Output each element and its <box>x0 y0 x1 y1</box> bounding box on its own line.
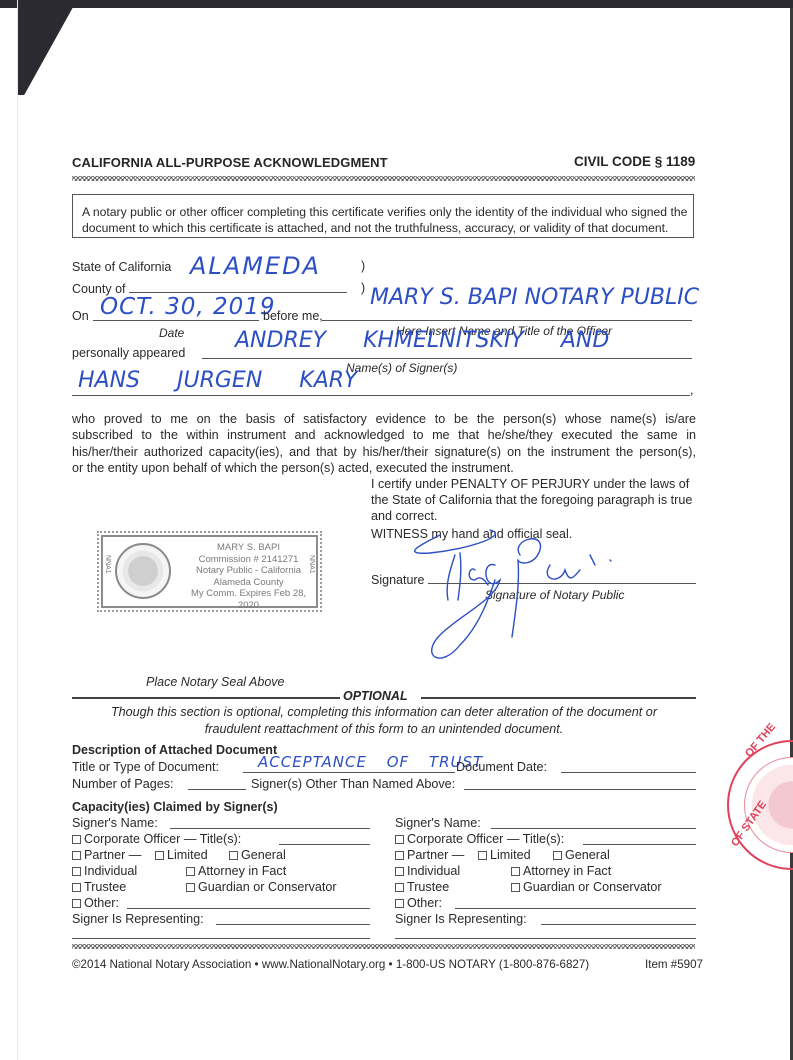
paper-edge <box>17 0 18 1060</box>
notary-seal-stamp: NNA1 MARY S. BAPI Commission # 2141271 N… <box>101 535 318 608</box>
checkbox[interactable] <box>478 851 487 860</box>
checkbox[interactable] <box>155 851 164 860</box>
pages-label: Number of Pages: <box>72 777 174 791</box>
county-paren: ) <box>361 281 365 295</box>
officer-line <box>322 320 692 321</box>
state-seal-icon <box>115 543 171 599</box>
red-seal-text-top: OF THE <box>743 721 778 760</box>
acknowledgment-paragraph: who proved to me on the basis of satisfa… <box>72 411 696 476</box>
on-label: On <box>72 309 89 323</box>
other-option[interactable]: Other: <box>72 896 119 910</box>
notice-line-1: A notary public or other officer complet… <box>82 204 693 220</box>
pages-field[interactable] <box>188 789 246 790</box>
other-option[interactable]: Other: <box>395 896 442 910</box>
seal-side-mark: NNA1 <box>308 555 315 574</box>
checkbox[interactable] <box>395 899 404 908</box>
checkbox[interactable] <box>72 883 81 892</box>
form-title: CALIFORNIA ALL-PURPOSE ACKNOWLEDGMENT <box>72 155 388 170</box>
attorney-option[interactable]: Attorney in Fact <box>186 864 286 878</box>
checkbox[interactable] <box>395 835 404 844</box>
partner-option[interactable]: Partner — <box>395 848 464 862</box>
paragraph-line: or the entity upon behalf of which the p… <box>72 460 696 476</box>
document-date-field[interactable] <box>561 772 696 773</box>
seal-expires: My Comm. Expires Feb 28, 2020 <box>181 588 316 611</box>
checkbox[interactable] <box>72 835 81 844</box>
paragraph-line: who proved to me on the basis of satisfa… <box>72 411 696 427</box>
corporate-officer-option[interactable]: Corporate Officer — Title(s): <box>72 832 241 846</box>
scan-border-top <box>0 0 793 8</box>
title-type-label: Title or Type of Document: <box>72 760 219 774</box>
optional-note: Though this section is optional, complet… <box>72 704 696 737</box>
seal-county: Alameda County <box>181 577 316 589</box>
hatch-divider-bottom <box>72 944 695 949</box>
optional-rule-right <box>421 697 696 699</box>
other-signers-field[interactable] <box>464 789 696 790</box>
notary-signature[interactable] <box>400 525 640 670</box>
officer-title-field[interactable] <box>279 844 370 845</box>
county-field[interactable]: ALAMEDA <box>190 252 321 280</box>
seal-text: MARY S. BAPI Commission # 2141271 Notary… <box>181 542 316 611</box>
seal-side-mark: NNA1 <box>104 555 111 574</box>
optional-note-line-1: Though this section is optional, complet… <box>72 704 696 721</box>
title-type-line <box>243 772 455 773</box>
hatch-divider-top <box>72 176 695 181</box>
limited-option[interactable]: Limited <box>478 848 531 862</box>
checkbox[interactable] <box>395 883 404 892</box>
optional-title: OPTIONAL <box>343 689 408 703</box>
optional-rule-left <box>72 697 340 699</box>
other-field[interactable] <box>455 908 696 909</box>
checkbox[interactable] <box>186 867 195 876</box>
personally-appeared-label: personally appeared <box>72 346 185 360</box>
title-type-field[interactable]: ACCEPTANCE OF TRUST <box>258 753 483 771</box>
guardian-option[interactable]: Guardian or Conservator <box>186 880 337 894</box>
description-heading: Description of Attached Document <box>72 743 277 757</box>
representing-field[interactable] <box>541 924 696 925</box>
signer-name-label: Signer's Name: <box>72 816 158 830</box>
officer-field[interactable]: MARY S. BAPI NOTARY PUBLIC <box>370 285 699 310</box>
signers-line-2 <box>72 395 690 396</box>
trustee-option[interactable]: Trustee <box>395 880 449 894</box>
officer-title-field[interactable] <box>583 844 696 845</box>
other-field[interactable] <box>127 908 370 909</box>
before-me-label: before me, <box>263 309 323 323</box>
representing-field-2[interactable] <box>72 938 370 939</box>
seal-commission: Commission # 2141271 <box>181 554 316 566</box>
checkbox[interactable] <box>395 851 404 860</box>
signer-name-field[interactable] <box>170 828 370 829</box>
checkbox[interactable] <box>229 851 238 860</box>
civil-code: CIVIL CODE § 1189 <box>574 154 695 169</box>
signers-comma: , <box>690 383 693 397</box>
footer-item-number: Item #5907 <box>645 958 703 971</box>
notice-line-2: document to which this certificate is at… <box>82 220 693 236</box>
signers-line-1 <box>202 358 692 359</box>
footer-copyright: ©2014 National Notary Association • www.… <box>72 958 589 971</box>
date-caption: Date <box>159 326 184 340</box>
date-field[interactable]: OCT. 30, 2019 <box>100 294 276 320</box>
seal-caption: Place Notary Seal Above <box>146 675 285 689</box>
checkbox[interactable] <box>511 883 520 892</box>
general-option[interactable]: General <box>229 848 286 862</box>
seal-name: MARY S. BAPI <box>181 542 316 554</box>
trustee-option[interactable]: Trustee <box>72 880 126 894</box>
signers-field-2[interactable]: HANS JURGEN KARY <box>78 368 357 393</box>
state-paren: ) <box>361 259 365 273</box>
signer-name-label: Signer's Name: <box>395 816 481 830</box>
date-line <box>93 320 259 321</box>
checkbox[interactable] <box>553 851 562 860</box>
perjury-statement: I certify under PENALTY OF PERJURY under… <box>371 476 696 524</box>
capacity-heading: Capacity(ies) Claimed by Signer(s) <box>72 800 278 814</box>
signers-caption: Name(s) of Signer(s) <box>346 361 457 375</box>
scan-border-left-fold <box>17 0 77 95</box>
individual-option[interactable]: Individual <box>395 864 460 878</box>
checkbox[interactable] <box>511 867 520 876</box>
attorney-option[interactable]: Attorney in Fact <box>511 864 611 878</box>
other-signers-label: Signer(s) Other Than Named Above: <box>251 777 455 791</box>
checkbox[interactable] <box>395 867 404 876</box>
general-option[interactable]: General <box>553 848 610 862</box>
partner-option[interactable]: Partner — <box>72 848 141 862</box>
signers-field-1[interactable]: ANDREY KHMELNITSKIY AND <box>235 328 609 353</box>
guardian-option[interactable]: Guardian or Conservator <box>511 880 662 894</box>
document-date-label: Document Date: <box>456 760 547 774</box>
checkbox[interactable] <box>186 883 195 892</box>
county-line <box>129 292 347 293</box>
seal-title: Notary Public - California <box>181 565 316 577</box>
corporate-officer-option[interactable]: Corporate Officer — Title(s): <box>395 832 564 846</box>
individual-option[interactable]: Individual <box>72 864 137 878</box>
checkbox[interactable] <box>72 899 81 908</box>
representing-label: Signer Is Representing: <box>395 912 527 926</box>
checkbox[interactable] <box>72 867 81 876</box>
paragraph-line: subscribed to the within instrument and … <box>72 427 696 443</box>
representing-field[interactable] <box>216 924 370 925</box>
limited-option[interactable]: Limited <box>155 848 208 862</box>
signer-name-field[interactable] <box>491 828 696 829</box>
optional-note-line-2: fraudulent reattachment of this form to … <box>72 721 696 738</box>
notice-box: A notary public or other officer complet… <box>72 194 694 238</box>
representing-label: Signer Is Representing: <box>72 912 204 926</box>
paragraph-line: his/her/their authorized capacity(ies), … <box>72 444 696 460</box>
state-label: State of California <box>72 260 171 274</box>
representing-field-2[interactable] <box>395 938 696 939</box>
red-state-seal-icon: OF THE OF STATE <box>727 740 793 870</box>
checkbox[interactable] <box>72 851 81 860</box>
